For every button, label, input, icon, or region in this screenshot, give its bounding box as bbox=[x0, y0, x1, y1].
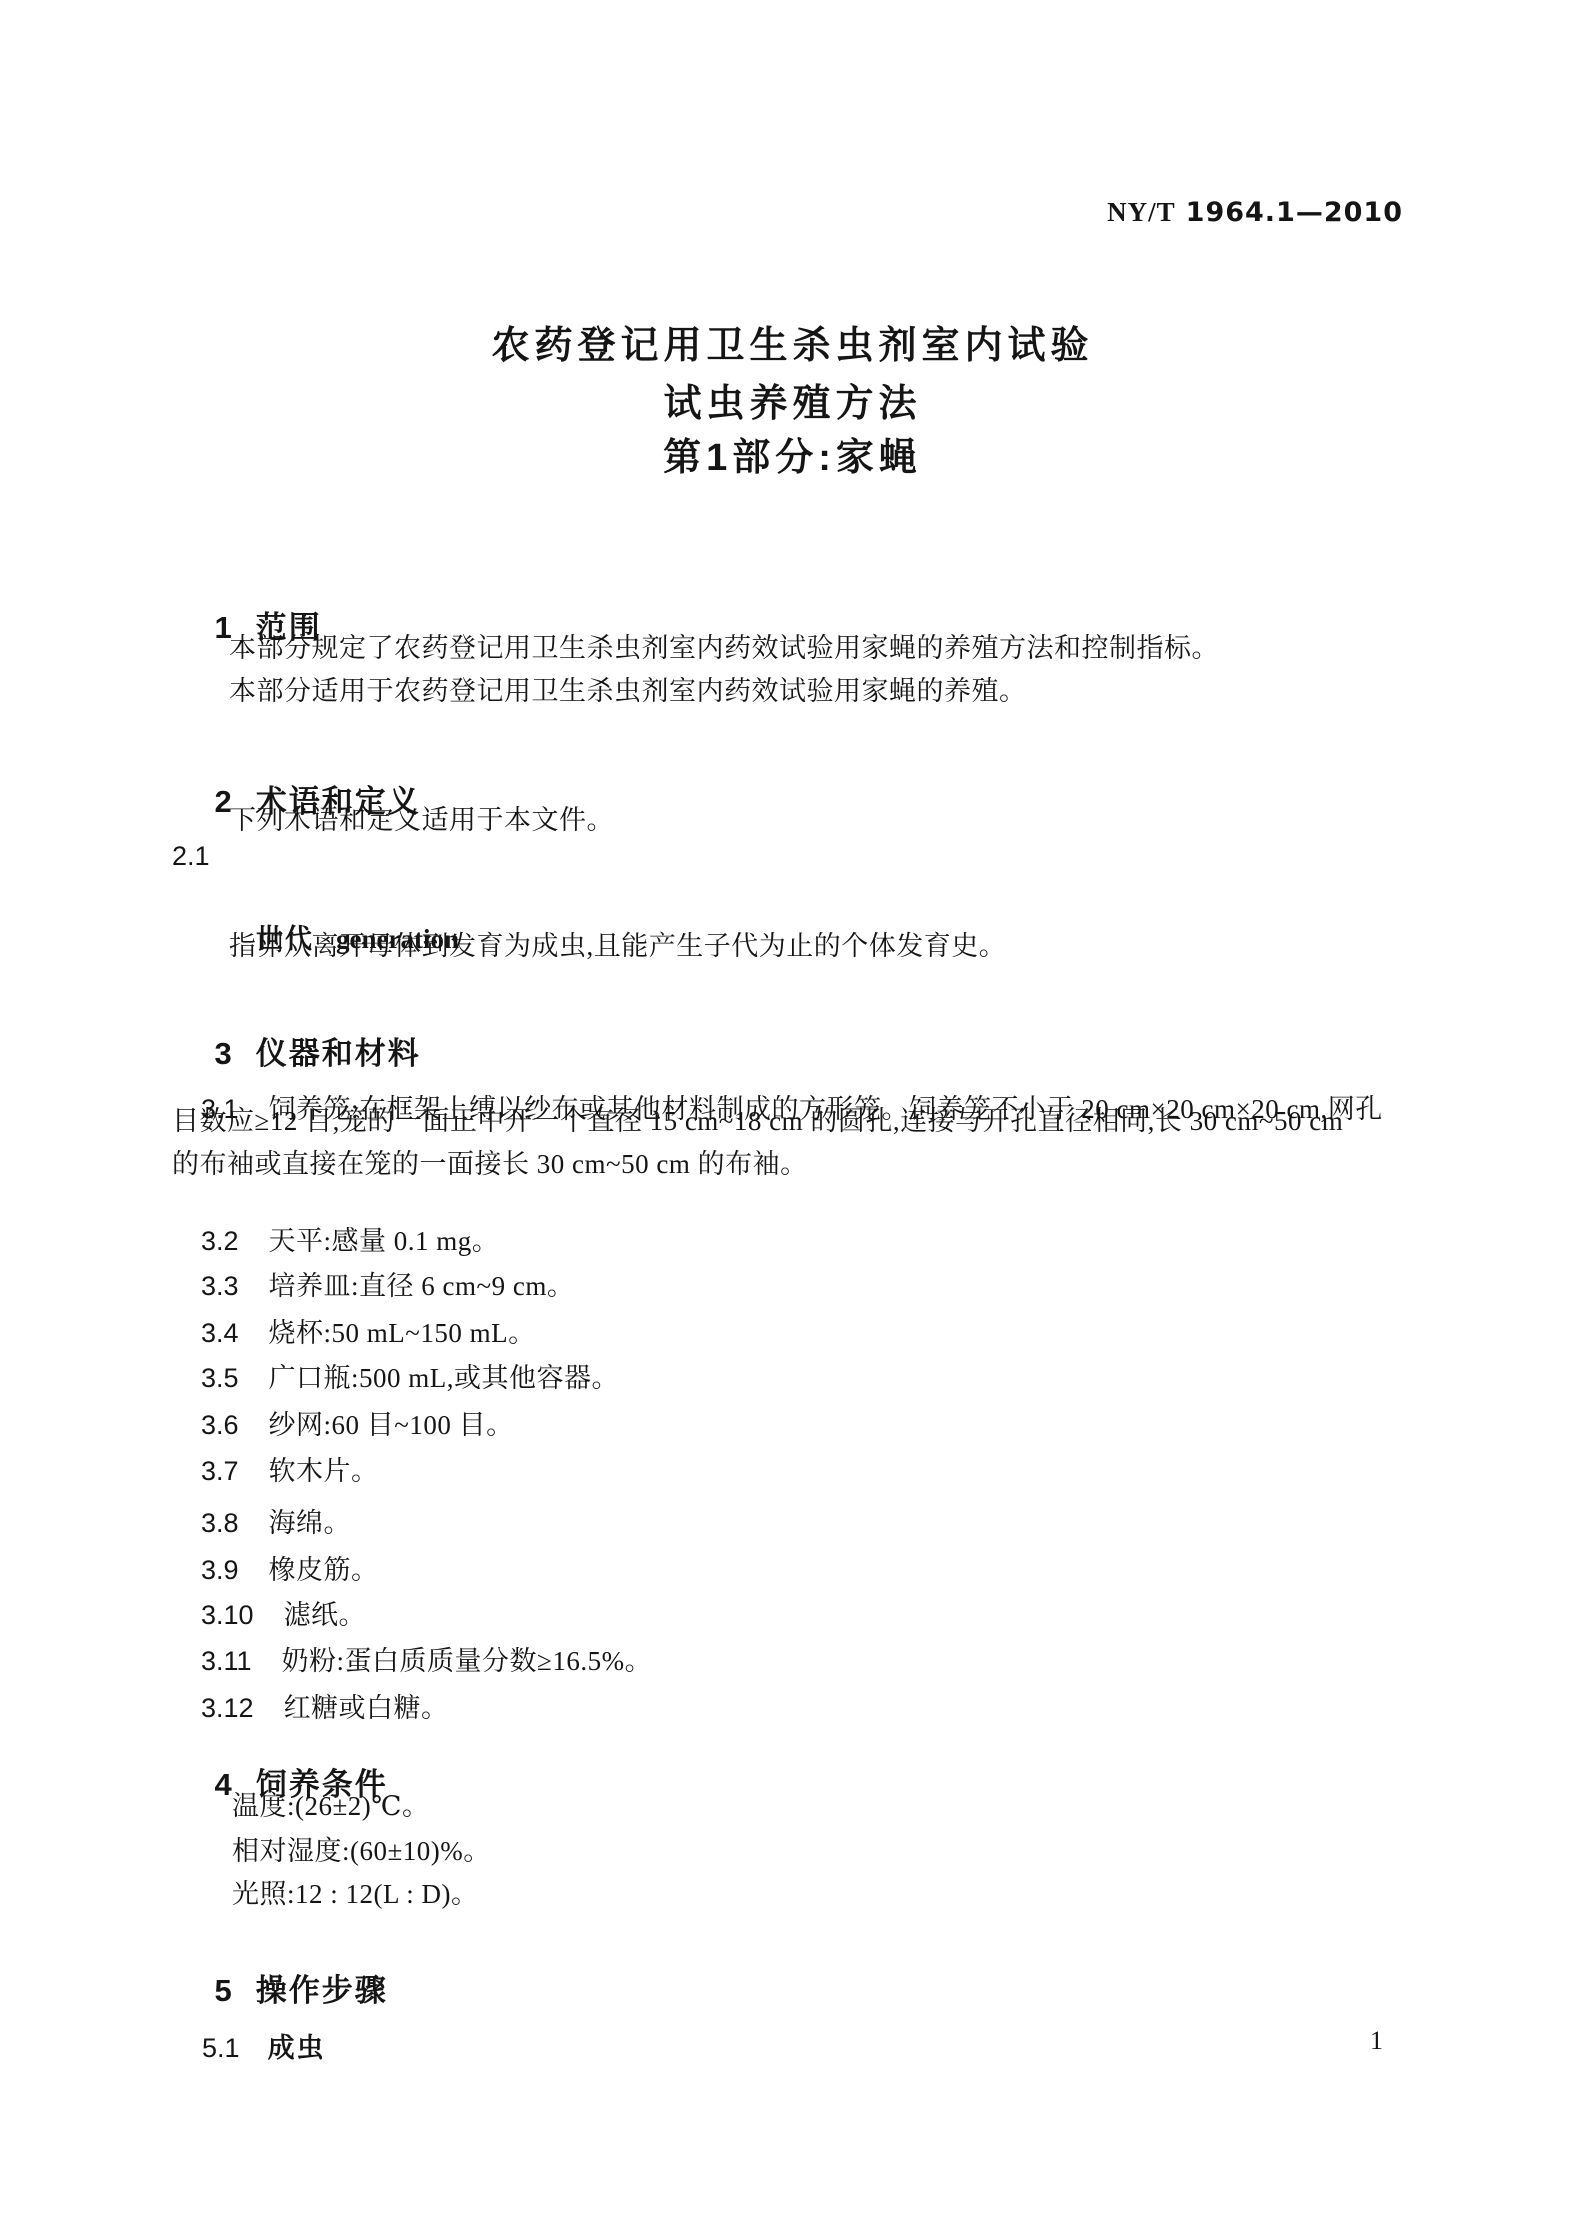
clause-2-1-number: 2.1 bbox=[172, 841, 210, 872]
clause-text: 红糖或白糖。 bbox=[284, 1693, 449, 1723]
scope-paragraph-2: 本部分适用于农药登记用卫生杀虫剂室内药效试验用家蝇的养殖。 bbox=[229, 669, 1027, 708]
doc-title-line-2: 试虫养殖方法 bbox=[0, 372, 1585, 427]
terms-intro: 下列术语和定义适用于本文件。 bbox=[229, 798, 614, 837]
doc-title-line-3: 第1部分:家蝇 bbox=[0, 426, 1585, 481]
condition-humidity: 相对湿度:(60±10)%。 bbox=[232, 1829, 491, 1868]
standard-code: NY/T1964.1—2010 bbox=[1076, 166, 1403, 259]
clause-5-1-number: 5.1 bbox=[202, 2033, 240, 2063]
section-1-heading: 1范围 bbox=[172, 566, 322, 683]
clause-5-1-heading: 5.1成虫 bbox=[172, 1995, 326, 2096]
term-definition: 指卵从离开母体到发育为成虫,且能产生子代为止的个体发育史。 bbox=[229, 924, 1006, 963]
clause-3-1-line-2: 目数应≥12 目,笼的一面正中开一个直径 15 cm~18 cm 的圆孔,连接与… bbox=[172, 1099, 1343, 1138]
clause-3-1-line-3: 的布袖或直接在笼的一面接长 30 cm~50 cm 的布袖。 bbox=[172, 1142, 808, 1181]
standard-code-number: 1964.1—2010 bbox=[1186, 197, 1403, 228]
clause-number: 3.12 bbox=[201, 1693, 254, 1723]
page-number: 1 bbox=[1370, 2026, 1383, 2056]
document-page: NY/T1964.1—2010 农药登记用卫生杀虫剂室内试验 试虫养殖方法 第1… bbox=[0, 0, 1585, 2225]
clause-5-1-title: 成虫 bbox=[268, 2033, 326, 2063]
section-4-number: 4 bbox=[214, 1767, 231, 1802]
scope-paragraph-1: 本部分规定了农药登记用卫生杀虫剂室内药效试验用家蝇的养殖方法和控制指标。 bbox=[229, 626, 1219, 665]
standard-code-prefix: NY/T bbox=[1107, 197, 1176, 227]
condition-photoperiod: 光照:12 : 12(L : D)。 bbox=[232, 1872, 478, 1911]
doc-title-line-1: 农药登记用卫生杀虫剂室内试验 bbox=[0, 314, 1585, 369]
condition-temperature: 温度:(26±2)℃。 bbox=[232, 1784, 430, 1823]
